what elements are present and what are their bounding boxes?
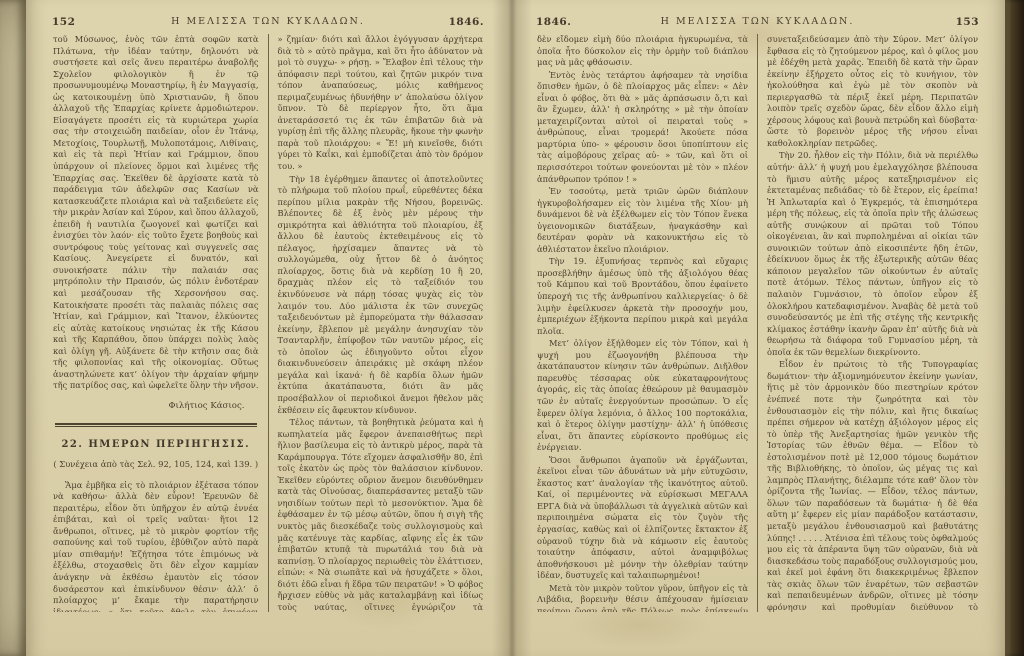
cover-edge-right xyxy=(1005,0,1024,656)
page-edges-left xyxy=(0,0,26,656)
paragraph: Ἐντὸς ἑνὸς τετάρτου ἀφήσαμεν τὰ νησίδια … xyxy=(537,70,748,185)
paragraph: Ὅσοι ἄνθρωποι ἀγαποῦν νὰ ἐργάζωνται, ἐκε… xyxy=(537,455,748,582)
column-1: δὲν εἴδομεν εἰμὴ δύο πλοιάρια ἠγκυρωμένα… xyxy=(528,34,757,612)
paragraph: Τὴν 20. ἦλθον εἰς τὴν Πόλιν, διὰ νὰ περι… xyxy=(767,150,978,358)
paragraph: Τὴν 19. ἐξυπνήσας τερπνὸς καὶ εὔχαρις πρ… xyxy=(537,256,748,337)
signature: Φιλήτιος Κάσιος. xyxy=(53,401,259,413)
paragraph: Ἅμα ἐμβῆκα εἰς τὸ πλοιάριον ἐξέτασα τόπο… xyxy=(53,480,259,612)
section-divider-rule xyxy=(55,423,257,427)
column-1: τοῦ Μύσωνος, ἑνὸς τῶν ἑπτὰ σοφῶν κατὰ Πλ… xyxy=(44,34,268,612)
paragraph-continuation: » ζημίαν· διότι καὶ ἄλλοι ἐγόγγυσαν ἀρχή… xyxy=(278,34,484,173)
running-title: Η ΜΕΛΙΣΣΑ ΤΩΝ ΚΥΚΛΑΔΩΝ. xyxy=(52,16,484,27)
section-heading: 22. ΗΜΕΡΩΝ ΠΕΡΙΗΓΗΣΙΣ. xyxy=(53,439,259,451)
paragraph-continuation: τοῦ Μύσωνος, ἑνὸς τῶν ἑπτὰ σοφῶν κατὰ Πλ… xyxy=(53,34,259,392)
paragraph: Τὴν 18 ἐγέρθημεν ἅπαντες οἱ ἀποτελοῦντες… xyxy=(278,174,484,416)
paragraph: Μετὰ τὸν μικρὸν τοῦτον γῦρον, ὑπῆγον εἰς… xyxy=(537,583,748,612)
paragraph: Μετ’ ὀλίγον ἐξήλθομεν εἰς τὸν Τόπον, καὶ… xyxy=(537,338,748,453)
section-subheading: ( Συνέχεια ἀπὸ τὰς Σελ. 92, 105, 124, κα… xyxy=(53,459,259,471)
column-2: » ζημίαν· διότι καὶ ἄλλοι ἐγόγγυσαν ἀρχή… xyxy=(268,34,493,612)
running-title: Η ΜΕΛΙΣΣΑ ΤΩΝ ΚΥΚΛΑΔΩΝ. xyxy=(536,16,979,27)
paragraph-continuation: δὲν εἴδομεν εἰμὴ δύο πλοιάρια ἠγκυρωμένα… xyxy=(537,34,748,69)
page-header: 152 Η ΜΕΛΙΣΣΑ ΤΩΝ ΚΥΚΛΑΔΩΝ. 1846. xyxy=(52,16,484,28)
book-scan: 152 Η ΜΕΛΙΣΣΑ ΤΩΝ ΚΥΚΛΑΔΩΝ. 1846. τοῦ Μύ… xyxy=(0,0,1024,656)
paragraph: Εἶδον ἐν πρώτοις τὸ τῆς Τυπογραφίας δωμά… xyxy=(767,359,978,612)
page-152: 152 Η ΜΕΛΙΣΣΑ ΤΩΝ ΚΥΚΛΑΔΩΝ. 1846. τοῦ Μύ… xyxy=(26,0,510,656)
column-2: συνεταξειδεύσαμεν ἀπὸ τὴν Σύρον. Μετ’ ὀλ… xyxy=(757,34,987,612)
paragraph: Ἐν τοσούτῳ, μετὰ τριῶν ὡρῶν διάπλουν ἠγκ… xyxy=(537,186,748,255)
page-header: 1846. Η ΜΕΛΙΣΣΑ ΤΩΝ ΚΥΚΛΑΔΩΝ. 153 xyxy=(536,16,979,28)
paragraph: Τέλος πάντων, τὰ βοηθητικὰ ῥεύματα καὶ ἡ… xyxy=(278,417,484,612)
paragraph-continuation: συνεταξειδεύσαμεν ἀπὸ τὴν Σύρον. Μετ’ ὀλ… xyxy=(767,34,978,149)
page-153: 1846. Η ΜΕΛΙΣΣΑ ΤΩΝ ΚΥΚΛΑΔΩΝ. 153 δὲν εἴ… xyxy=(510,0,1005,656)
text-columns: τοῦ Μύσωνος, ἑνὸς τῶν ἑπτὰ σοφῶν κατὰ Πλ… xyxy=(44,34,492,612)
text-columns: δὲν εἴδομεν εἰμὴ δύο πλοιάρια ἠγκυρωμένα… xyxy=(528,34,987,612)
